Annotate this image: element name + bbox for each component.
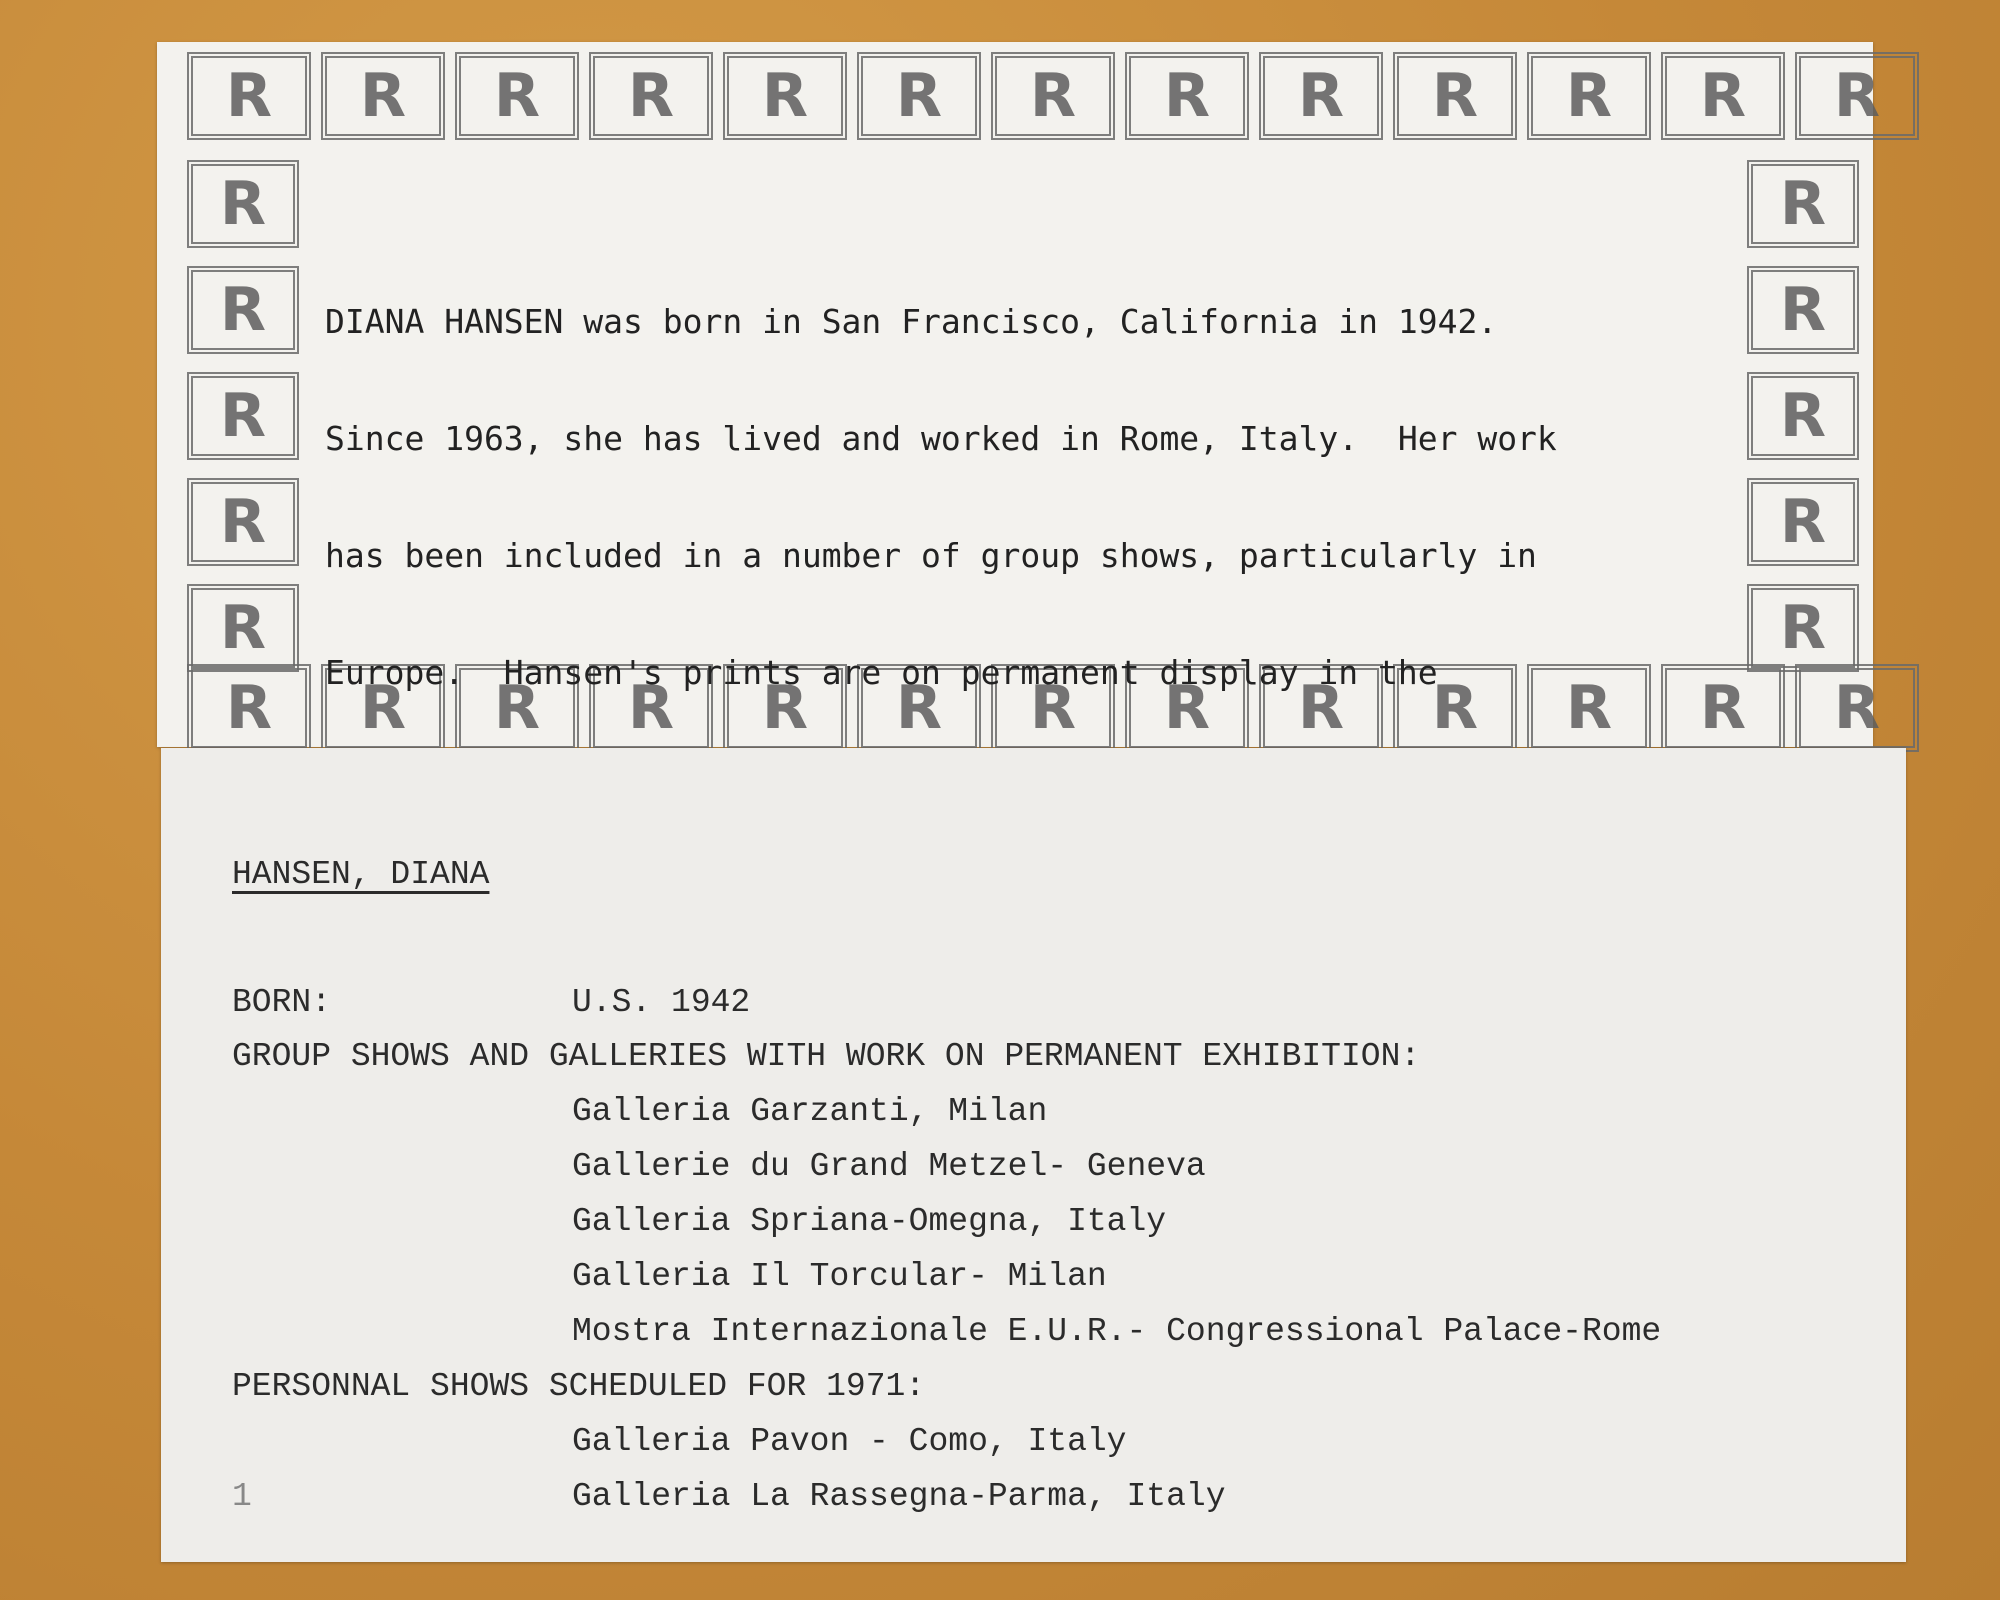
r-stamp-icon: R	[187, 584, 299, 672]
r-stamp-icon: R	[1259, 52, 1383, 140]
bio-line: has been included in a number of group s…	[325, 536, 1725, 575]
r-stamp-icon: R	[1527, 52, 1651, 140]
r-stamp-icon: R	[187, 372, 299, 460]
r-stamp-icon: R	[321, 52, 445, 140]
bio-line: Since 1963, she has lived and worked in …	[325, 419, 1725, 458]
r-stamp-icon: R	[589, 52, 713, 140]
group-show-item: Galleria Il Torcular- Milan	[572, 1258, 1107, 1295]
r-stamp-icon: R	[1747, 160, 1859, 248]
r-stamp-icon: R	[1747, 372, 1859, 460]
r-stamp-icon: R	[455, 52, 579, 140]
group-show-item: Mostra Internazionale E.U.R.- Congressio…	[572, 1313, 1661, 1350]
personal-shows-label: PERSONNAL SHOWS SCHEDULED FOR 1971:	[232, 1368, 925, 1405]
r-stamp-icon: R	[991, 52, 1115, 140]
personal-show-item: Galleria La Rassegna-Parma, Italy	[572, 1478, 1226, 1515]
bio-line: Europe. Hansen's prints are on permanent…	[325, 653, 1725, 692]
r-stamp-icon: R	[1795, 664, 1919, 752]
r-stamp-icon: R	[1393, 52, 1517, 140]
artist-record-card: HANSEN, DIANA BORN: U.S. 1942 GROUP SHOW…	[161, 748, 1906, 1562]
r-stamp-icon: R	[187, 478, 299, 566]
r-stamp-icon: R	[187, 266, 299, 354]
born-label: BORN:	[232, 984, 331, 1021]
stamp-col-left: R R R R R	[187, 160, 299, 672]
r-stamp-icon: R	[1661, 52, 1785, 140]
artist-bio-card: R R R R R R R R R R R R R R R R R R R R …	[157, 42, 1873, 747]
r-stamp-icon: R	[187, 664, 311, 752]
group-show-item: Galleria Spriana-Omegna, Italy	[572, 1203, 1166, 1240]
r-stamp-icon: R	[187, 52, 311, 140]
r-stamp-icon: R	[723, 52, 847, 140]
stamp-col-right: R R R R R	[1747, 160, 1859, 672]
r-stamp-icon: R	[1747, 584, 1859, 672]
group-shows-label: GROUP SHOWS AND GALLERIES WITH WORK ON P…	[232, 1038, 1420, 1075]
r-stamp-icon: R	[1125, 52, 1249, 140]
record-heading: HANSEN, DIANA	[232, 856, 489, 893]
r-stamp-icon: R	[1747, 266, 1859, 354]
bio-line: DIANA HANSEN was born in San Francisco, …	[325, 302, 1725, 341]
r-stamp-icon: R	[1747, 478, 1859, 566]
personal-show-item: Galleria Pavon - Como, Italy	[572, 1423, 1127, 1460]
group-show-item: Galleria Garzanti, Milan	[572, 1093, 1047, 1130]
group-show-item: Gallerie du Grand Metzel- Geneva	[572, 1148, 1206, 1185]
born-value: U.S. 1942	[572, 984, 750, 1021]
r-stamp-icon: R	[1795, 52, 1919, 140]
margin-mark: 1	[232, 1478, 252, 1515]
r-stamp-icon: R	[187, 160, 299, 248]
stamp-row-top: R R R R R R R R R R R R R	[187, 52, 1919, 140]
r-stamp-icon: R	[857, 52, 981, 140]
